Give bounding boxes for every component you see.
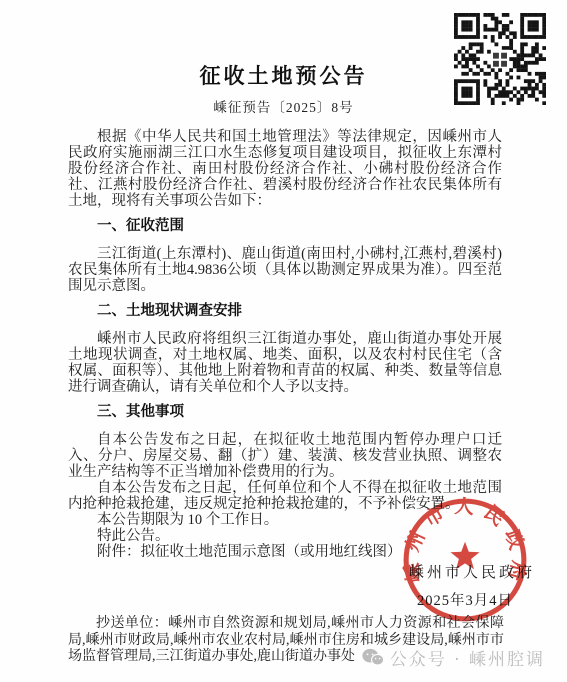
- document-page: 征收土地预公告 嵊征预告〔2025〕8号 根据《中华人民共和国土地管理法》等法律…: [0, 0, 567, 682]
- watermark: 公众号 · 嵊州腔调: [362, 645, 545, 670]
- section-2-heading: 二、土地现状调查安排: [68, 303, 502, 319]
- doc-body: 根据《中华人民共和国土地管理法》等法律规定，因嵊州市人民政府实施丽湖三江口水生态…: [68, 129, 502, 560]
- section-1-paragraph: 三江街道(上东潭村)、鹿山街道(南田村,小砩村,江燕村,碧溪村)农民集体所有土地…: [68, 246, 502, 294]
- signature-date: 2025年3月4日: [417, 589, 513, 610]
- cc-label: 抄送单位：: [96, 616, 168, 631]
- qr-code-image: [454, 13, 546, 105]
- section-2-paragraph: 嵊州市人民政府将组织三江街道办事处，鹿山街道办事处开展土地现状调查，对土地权属、…: [68, 331, 502, 395]
- doc-number: 嵊征预告〔2025〕8号: [0, 96, 567, 116]
- section-3-heading: 三、其他事项: [68, 404, 502, 420]
- notice-period-line: 本公告期限为 10 个工作日。: [68, 512, 502, 528]
- intro-paragraph: 根据《中华人民共和国土地管理法》等法律规定，因嵊州市人民政府实施丽湖三江口水生态…: [68, 129, 502, 209]
- section-1-heading: 一、征收范围: [68, 218, 502, 234]
- wechat-icon: [362, 648, 384, 667]
- qr-code: [454, 13, 546, 105]
- signature-issuer: 嵊州市人民政府: [409, 561, 535, 582]
- watermark-text: 公众号 · 嵊州腔调: [390, 645, 545, 670]
- attachment-line: 附件：拟征收土地范围示意图（或用地红线图）: [68, 544, 502, 560]
- section-3-paragraph-2: 自本公告发布之日起，任何单位和个人不得在拟征收土地范围内抢种抢栽抢建，违反规定抢…: [68, 480, 502, 512]
- doc-title: 征收土地预公告: [0, 60, 567, 90]
- section-3-paragraph-1: 自本公告发布之日起，在拟征收土地范围内暂停办理户口迁入、分户、房屋交易、翻（扩）…: [68, 432, 502, 480]
- hereby-announced-line: 特此公告。: [68, 528, 502, 544]
